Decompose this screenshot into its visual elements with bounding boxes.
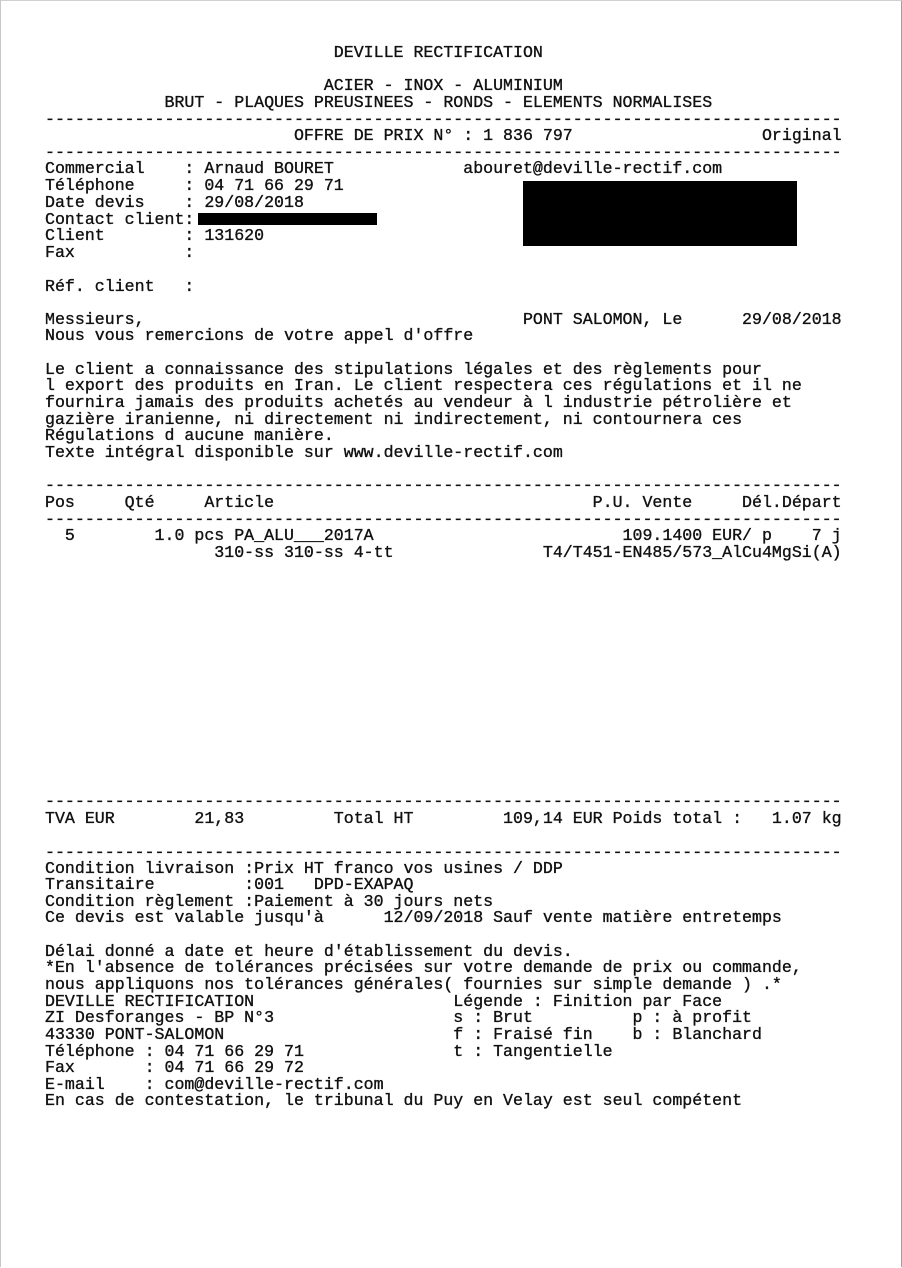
totals-line: TVA EUR 21,83 Total HT 109,14 EUR Poids …: [45, 811, 842, 828]
thanks-line: Nous vous remercions de votre appel d'of…: [45, 328, 473, 345]
fax-line: Fax :: [45, 245, 204, 262]
redacted-address: [523, 181, 797, 246]
notice-line: Texte intégral disponible sur www.devill…: [45, 445, 563, 462]
redacted-contact: [198, 213, 377, 225]
quote-document: DEVILLE RECTIFICATION ACIER - INOX - ALU…: [0, 0, 902, 1267]
table-row-detail: 310-ss 310-ss 4-tt T4/T451-EN485/573_AlC…: [45, 545, 842, 562]
legal-note: En cas de contestation, le tribunal du P…: [45, 1093, 742, 1110]
client-ref-line: Réf. client :: [45, 279, 204, 296]
validity-line: Ce devis est valable jusqu'à 12/09/2018 …: [45, 910, 782, 927]
company-name: DEVILLE RECTIFICATION: [45, 45, 543, 62]
